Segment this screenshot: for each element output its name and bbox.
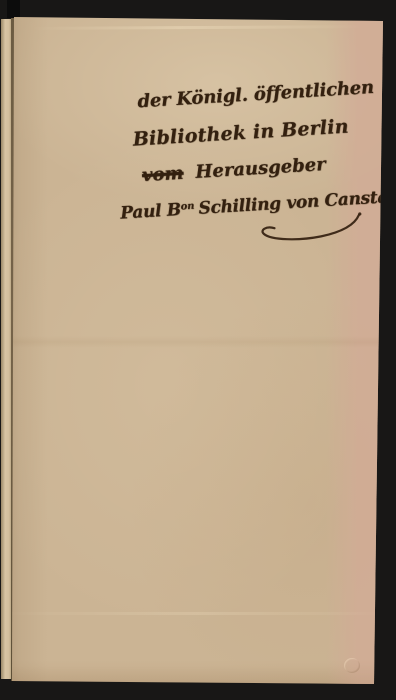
- bottom-edge-shading: [0, 660, 396, 686]
- binding-tab: [7, 0, 20, 18]
- embossed-stamp-icon: [344, 658, 360, 673]
- signature-superscript: on: [180, 201, 194, 213]
- page-paper: der Königl. öffentlichen Bibliothek in B…: [0, 0, 396, 700]
- struck-out-word: vom: [141, 163, 184, 186]
- book-scan: { "colors": { "mat": "#181716", "paper":…: [0, 0, 396, 700]
- signature-prefix: Paul B: [120, 200, 182, 224]
- handwritten-inscription: der Königl. öffentlichen Bibliothek in B…: [110, 78, 381, 242]
